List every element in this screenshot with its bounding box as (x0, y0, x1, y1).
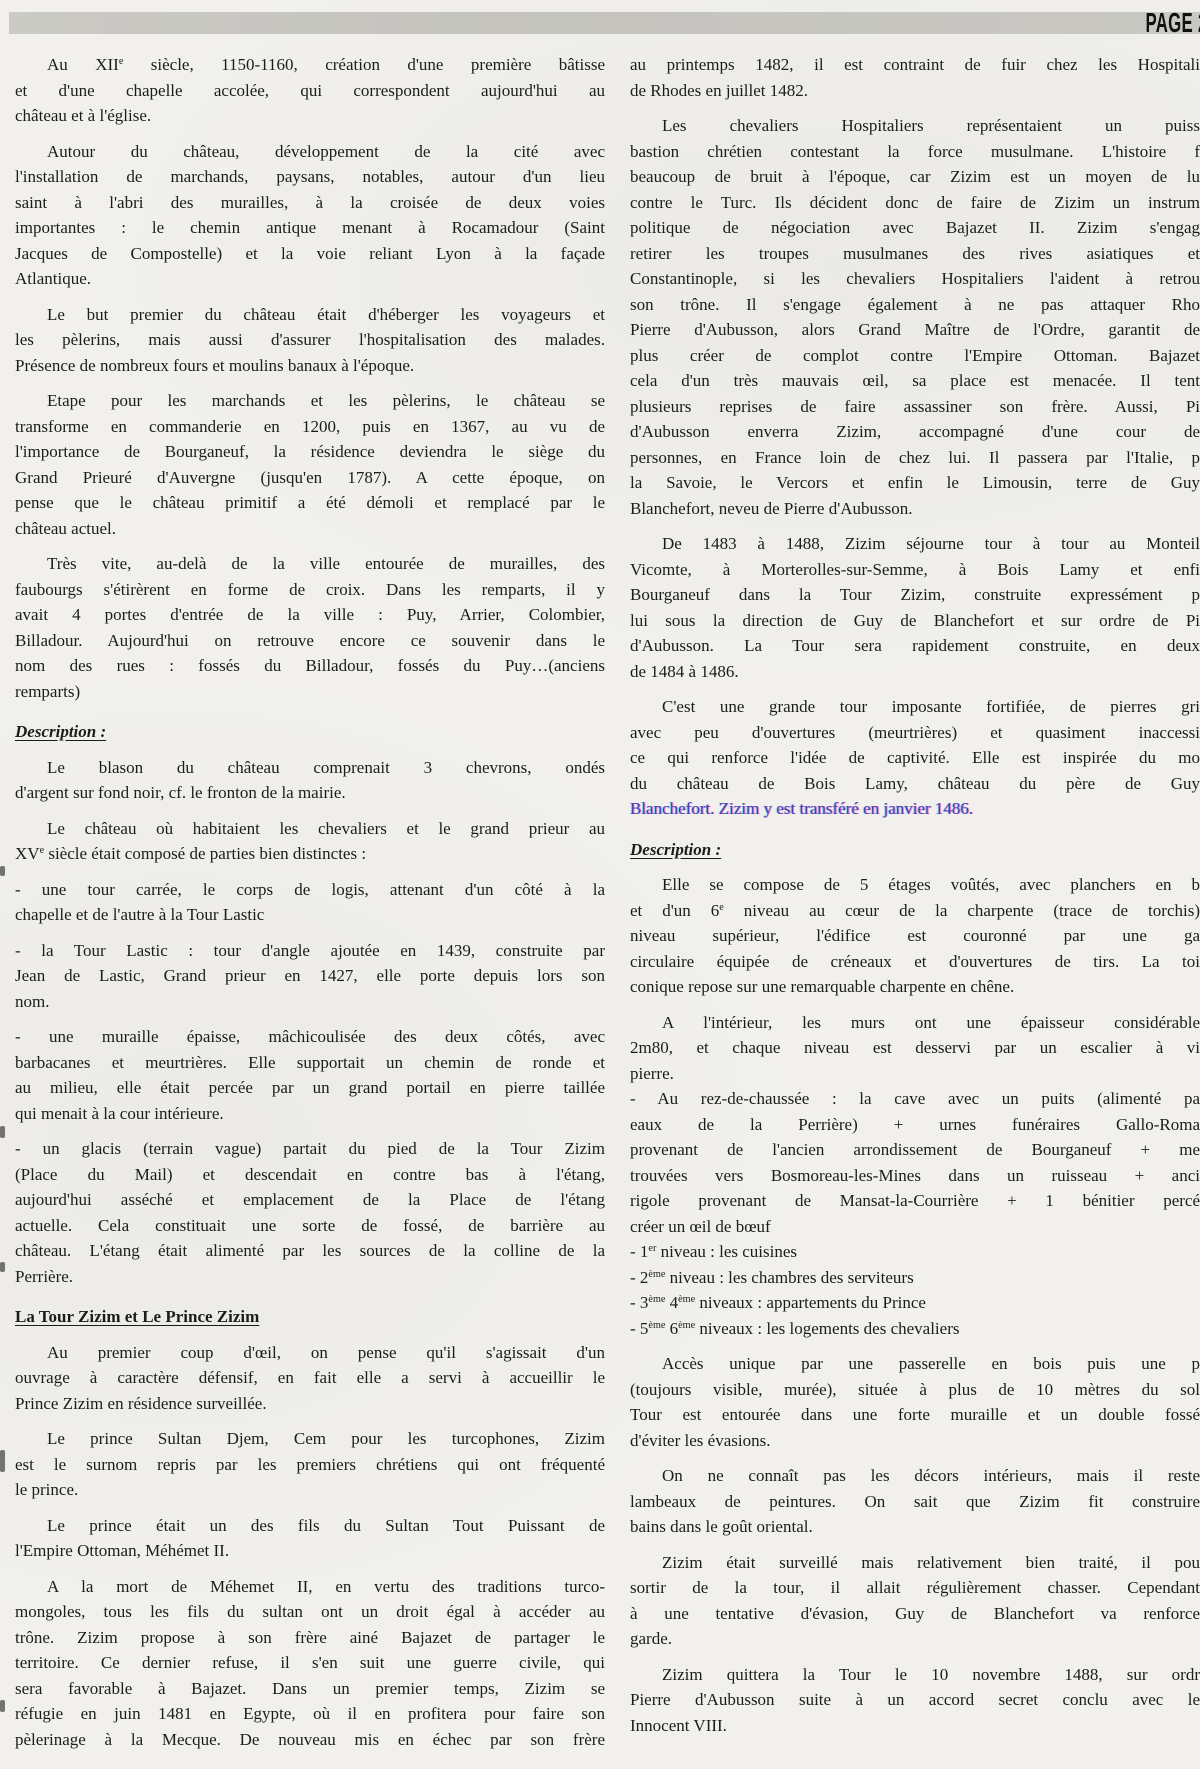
text-line: rigole provenant de Mansat-la-Courrière … (630, 1188, 1200, 1214)
paragraph: Le prince était un des fils du Sultan To… (15, 1513, 605, 1564)
paragraph: Au XIIe siècle, 1150-1160, création d'un… (15, 52, 605, 129)
text-line: De 1483 à 1488, Zizim séjourne tour à to… (630, 531, 1200, 557)
text-line: Atlantique. (15, 266, 605, 292)
paragraph: Elle se compose de 5 étages voûtés, avec… (630, 872, 1200, 1000)
text-line: - une muraille épaisse, mâchicoulisée de… (15, 1024, 605, 1050)
text-line: nom. (15, 989, 605, 1015)
text-line: importantes : le chemin antique menant à… (15, 215, 605, 241)
text-line: l'importance de Bourganeuf, la résidence… (15, 439, 605, 465)
paragraph: A la mort de Méhemet II, en vertu des tr… (15, 1574, 605, 1753)
text-line: Présence de nombreux fours et moulins ba… (15, 353, 605, 379)
left-column: Au XIIe siècle, 1150-1160, création d'un… (15, 52, 605, 1752)
paragraph: On ne connaît pas les décors intérieurs,… (630, 1463, 1200, 1540)
text-line: territoire. Ce dernier refuse, il s'en s… (15, 1650, 605, 1676)
section-heading: Description : (15, 719, 605, 745)
text-line: château. L'étang était alimenté par les … (15, 1238, 605, 1264)
paragraph: A l'intérieur, les murs ont une épaisseu… (630, 1010, 1200, 1087)
text-line: Autour du château, développement de la c… (15, 139, 605, 165)
text-line: - 5ème 6ème niveaux : les logements des … (630, 1316, 1200, 1342)
text-line: C'est une grande tour imposante fortifié… (630, 694, 1200, 720)
paragraph: Au premier coup d'œil, on pense qu'il s'… (15, 1340, 605, 1417)
text-line: saint à l'abri des murailles, à la crois… (15, 190, 605, 216)
paragraph: De 1483 à 1488, Zizim séjourne tour à to… (630, 531, 1200, 684)
text-line: Le blason du château comprenait 3 chevro… (15, 755, 605, 781)
text-line: barbacanes et meurtrières. Elle supporta… (15, 1050, 605, 1076)
text-line: au printemps 1482, il est contraint de f… (630, 52, 1200, 78)
text-line: actuelle. Cela constituait une sorte de … (15, 1213, 605, 1239)
text-line: retirer les troupes musulmanes des rives… (630, 241, 1200, 267)
text-line: - 1er niveau : les cuisines (630, 1239, 1200, 1265)
text-line: Accès unique par une passerelle en bois … (630, 1351, 1200, 1377)
paragraph: Le château où habitaient les chevaliers … (15, 816, 605, 867)
text-line: garde. (630, 1626, 1200, 1652)
paragraph: Le blason du château comprenait 3 chevro… (15, 755, 605, 806)
text-line: Description : (15, 719, 605, 745)
text-line: cela d'un très mauvais œil, sa place est… (630, 368, 1200, 394)
right-column: au printemps 1482, il est contraint de f… (630, 52, 1200, 1738)
text-line: - une tour carrée, le corps de logis, at… (15, 877, 605, 903)
text-line: sortir de la tour, il allait régulièreme… (630, 1575, 1200, 1601)
text-line: Perrière. (15, 1264, 605, 1290)
paragraph: - une tour carrée, le corps de logis, at… (15, 877, 605, 928)
text-line: est le surnom repris par les premiers ch… (15, 1452, 605, 1478)
text-line: Description : (630, 837, 1200, 863)
scan-artifact-mark (0, 1450, 5, 1472)
text-line: à une tentative d'évasion, Guy de Blanch… (630, 1601, 1200, 1627)
text-line: Jacques de Compostelle) et la voie relia… (15, 241, 605, 267)
paragraph: Le but premier du château était d'héberg… (15, 302, 605, 379)
paragraph: Etape pour les marchands et les pèlerins… (15, 388, 605, 541)
paragraph: C'est une grande tour imposante fortifié… (630, 694, 1200, 822)
text-line: Zizim était surveillé mais relativement … (630, 1550, 1200, 1576)
text-line: Etape pour les marchands et les pèlerins… (15, 388, 605, 414)
text-line: Vicomte, à Morterolles-sur-Semme, à Bois… (630, 557, 1200, 583)
text-line: d'argent sur fond noir, cf. le fronton d… (15, 780, 605, 806)
text-line: transforme en commanderie en 1200, puis … (15, 414, 605, 440)
text-line: pierre. (630, 1061, 1200, 1087)
text-line: pèlerinage à la Mecque. De nouveau mis e… (15, 1727, 605, 1753)
text-line: Elle se compose de 5 étages voûtés, avec… (630, 872, 1200, 898)
text-line: niveau supérieur, l'édifice est couronné… (630, 923, 1200, 949)
text-line: Bourganeuf dans la Tour Zizim, construit… (630, 582, 1200, 608)
paragraph: - la Tour Lastic : tour d'angle ajoutée … (15, 938, 605, 1015)
text-line: Innocent VIII. (630, 1713, 1200, 1739)
text-line: trône. Zizim propose à son frère ainé Ba… (15, 1625, 605, 1651)
scan-artifact-mark (0, 1126, 5, 1138)
text-line: faubourgs s'étirèrent en forme de croix.… (15, 577, 605, 603)
paragraph: Zizim était surveillé mais relativement … (630, 1550, 1200, 1652)
text-line: remparts) (15, 679, 605, 705)
paragraph: Les chevaliers Hospitaliers représentaie… (630, 113, 1200, 521)
text-line: plus créer de complot contre l'Empire Ot… (630, 343, 1200, 369)
text-line: créer un œil de bœuf (630, 1214, 1200, 1240)
text-line: Au premier coup d'œil, on pense qu'il s'… (15, 1340, 605, 1366)
text-line: et d'une chapelle accolée, qui correspon… (15, 78, 605, 104)
text-line: Zizim quittera la Tour le 10 novembre 14… (630, 1662, 1200, 1688)
paragraph: Très vite, au-delà de la ville entourée … (15, 551, 605, 704)
text-line: mongoles, tous les fils du sultan ont un… (15, 1599, 605, 1625)
text-line: Billadour. Aujourd'hui on retrouve encor… (15, 628, 605, 654)
text-line: bastion chrétien contestant la force mus… (630, 139, 1200, 165)
text-line: plusieurs reprises de faire assassiner s… (630, 394, 1200, 420)
text-line: - 3ème 4ème niveaux : appartements du Pr… (630, 1290, 1200, 1316)
text-line: d'Aubusson enverra Zizim, accompagné d'u… (630, 419, 1200, 445)
text-line: Blanchefort. Zizim y est transféré en ja… (630, 796, 1200, 822)
text-line: (Place du Mail) et descendait en contre … (15, 1162, 605, 1188)
text-line: de 1484 à 1486. (630, 659, 1200, 685)
text-line: lui sous la direction de Guy de Blanchef… (630, 608, 1200, 634)
text-line: A l'intérieur, les murs ont une épaisseu… (630, 1010, 1200, 1036)
paragraph: - Au rez-de-chaussée : la cave avec un p… (630, 1086, 1200, 1239)
text-line: XVe siècle était composé de parties bien… (15, 841, 605, 867)
text-line: Prince Zizim en résidence surveillée. (15, 1391, 605, 1417)
text-line: Le château où habitaient les chevaliers … (15, 816, 605, 842)
header-band (9, 12, 1200, 34)
text-line: le prince. (15, 1477, 605, 1503)
text-line: et d'un 6e niveau au cœur de la charpent… (630, 898, 1200, 924)
paragraph: Le prince Sultan Djem, Cem pour les turc… (15, 1426, 605, 1503)
text-line: Au XIIe siècle, 1150-1160, création d'un… (15, 52, 605, 78)
text-line: au milieu, elle était percée par un gran… (15, 1075, 605, 1101)
paragraph: Autour du château, développement de la c… (15, 139, 605, 292)
text-line: avait 4 portes d'entrée de la ville : Pu… (15, 602, 605, 628)
text-line: aujourd'hui asséché et emplacement de la… (15, 1187, 605, 1213)
page-number: PAGE 2 (1146, 9, 1200, 37)
paragraph: Zizim quittera la Tour le 10 novembre 14… (630, 1662, 1200, 1739)
text-line: d'Aubusson. La Tour sera rapidement cons… (630, 633, 1200, 659)
paragraph: - une muraille épaisse, mâchicoulisée de… (15, 1024, 605, 1126)
text-line: - 2ème niveau : les chambres des servite… (630, 1265, 1200, 1291)
scan-artifact-mark (0, 866, 5, 876)
text-line: Le but premier du château était d'héberg… (15, 302, 605, 328)
text-line: l'installation de marchands, paysans, no… (15, 164, 605, 190)
text-line: de Rhodes en juillet 1482. (630, 78, 1200, 104)
text-line: nom des rues : fossés du Billadour, foss… (15, 653, 605, 679)
text-line: château actuel. (15, 516, 605, 542)
text-line: Les chevaliers Hospitaliers représentaie… (630, 113, 1200, 139)
text-line: réfugie en juin 1481 en Egypte, où il en… (15, 1701, 605, 1727)
text-line: eaux de la Perrière) + urnes funéraires … (630, 1112, 1200, 1138)
text-line: qui menait à la cour intérieure. (15, 1101, 605, 1127)
section-heading: La Tour Zizim et Le Prince Zizim (15, 1304, 605, 1330)
document-page: PAGE 2 Au XIIe siècle, 1150-1160, créati… (0, 0, 1200, 1769)
text-line: A la mort de Méhemet II, en vertu des tr… (15, 1574, 605, 1600)
paragraph: - un glacis (terrain vague) partait du p… (15, 1136, 605, 1289)
text-line: trouvées vers Bosmoreau-les-Mines dans u… (630, 1163, 1200, 1189)
text-line: l'Empire Ottoman, Méhémet II. (15, 1538, 605, 1564)
text-line: pense que le château primitif a été démo… (15, 490, 605, 516)
paragraph: au printemps 1482, il est contraint de f… (630, 52, 1200, 103)
text-line: lambeaux de peintures. On sait que Zizim… (630, 1489, 1200, 1515)
text-line: du château de Bois Lamy, château du père… (630, 771, 1200, 797)
section-heading: Description : (630, 837, 1200, 863)
text-line: Constantinople, si les chevaliers Hospit… (630, 266, 1200, 292)
text-line: provenant de l'ancien arrondissement de … (630, 1137, 1200, 1163)
text-line: d'éviter les évasions. (630, 1428, 1200, 1454)
text-line: chapelle et de l'autre à la Tour Lastic (15, 902, 605, 928)
text-line: (toujours visible, murée), située à plus… (630, 1377, 1200, 1403)
text-line: ouvrage à caractère défensif, en fait el… (15, 1365, 605, 1391)
text-line: château et à l'église. (15, 103, 605, 129)
text-line: On ne connaît pas les décors intérieurs,… (630, 1463, 1200, 1489)
text-line: Pierre d'Aubusson, alors Grand Maître de… (630, 317, 1200, 343)
text-line: conique repose sur une remarquable charp… (630, 974, 1200, 1000)
text-line: Très vite, au-delà de la ville entourée … (15, 551, 605, 577)
text-line: Tour est entourée dans une forte muraill… (630, 1402, 1200, 1428)
text-line: La Tour Zizim et Le Prince Zizim (15, 1304, 605, 1330)
text-line: la Savoie, le Vercors et enfin le Limous… (630, 470, 1200, 496)
text-line: Jean de Lastic, Grand prieur en 1427, el… (15, 963, 605, 989)
scan-artifact-mark (0, 1700, 5, 1712)
text-line: 2m80, et chaque niveau est desservi par … (630, 1035, 1200, 1061)
text-line: son trône. Il s'engage également à ne pa… (630, 292, 1200, 318)
text-line: Blanchefort, neveu de Pierre d'Aubusson. (630, 496, 1200, 522)
text-line: beaucoup de bruit à l'époque, car Zizim … (630, 164, 1200, 190)
text-line: politique de négociation avec Bajazet II… (630, 215, 1200, 241)
paragraph: Accès unique par une passerelle en bois … (630, 1351, 1200, 1453)
text-line: Le prince Sultan Djem, Cem pour les turc… (15, 1426, 605, 1452)
scan-artifact-mark (0, 1262, 5, 1272)
text-line: bains dans le goût oriental. (630, 1514, 1200, 1540)
text-line: Le prince était un des fils du Sultan To… (15, 1513, 605, 1539)
text-line: avec peu d'ouvertures (meurtrières) et q… (630, 720, 1200, 746)
text-line: les pèlerins, mais aussi d'assurer l'hos… (15, 327, 605, 353)
text-line: Pierre d'Aubusson suite à un accord secr… (630, 1687, 1200, 1713)
text-line: contre le Turc. Ils décident donc de fai… (630, 190, 1200, 216)
text-line: circulaire équipée de créneaux et d'ouve… (630, 949, 1200, 975)
text-line: personnes, en France loin de chez lui. I… (630, 445, 1200, 471)
text-line: Grand Prieuré d'Auvergne (jusqu'en 1787)… (15, 465, 605, 491)
text-line: - un glacis (terrain vague) partait du p… (15, 1136, 605, 1162)
text-line: ce qui renforce l'idée de captivité. Ell… (630, 745, 1200, 771)
text-line: - la Tour Lastic : tour d'angle ajoutée … (15, 938, 605, 964)
text-line: - Au rez-de-chaussée : la cave avec un p… (630, 1086, 1200, 1112)
list-block: - 1er niveau : les cuisines- 2ème niveau… (630, 1239, 1200, 1341)
text-line: sera favorable à Bajazet. Dans un premie… (15, 1676, 605, 1702)
